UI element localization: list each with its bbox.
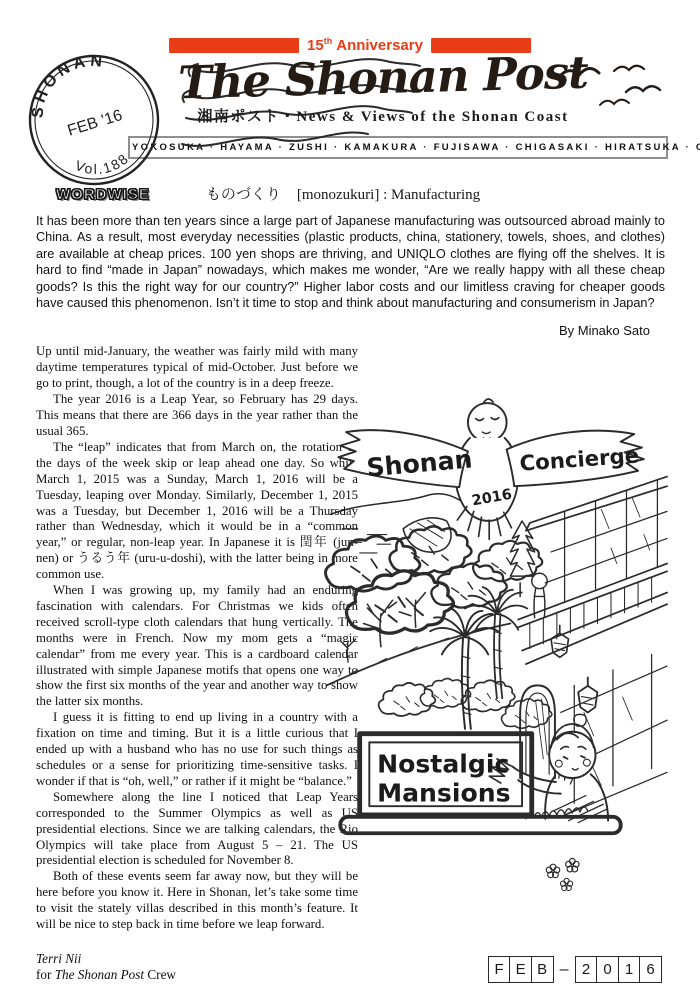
signoff-publication: The Shonan Post bbox=[55, 967, 144, 982]
title-block: The Shonan Post 湘南ポスト・News & Views of th… bbox=[178, 54, 588, 126]
anniversary-number: 15 bbox=[307, 37, 324, 54]
main-content: Up until mid-January, the weather was fa… bbox=[36, 344, 665, 994]
signoff-crew: for The Shonan Post Crew bbox=[36, 967, 358, 983]
anniversary-word: Anniversary bbox=[336, 37, 423, 54]
article-paragraph: Up until mid-January, the weather was fa… bbox=[36, 344, 358, 392]
svg-text:Vol.188: Vol.188 bbox=[69, 142, 134, 185]
anniversary-banner: 15thAnniversary bbox=[169, 36, 531, 54]
wordwise-label: WORDWISE bbox=[56, 186, 150, 203]
article-body: Up until mid-January, the weather was fa… bbox=[36, 344, 358, 982]
wordwise-definition: [monozukuri] : Manufacturing bbox=[297, 187, 480, 204]
article-paragraph: I guess it is fitting to end up living i… bbox=[36, 710, 358, 790]
stamp-dash: – bbox=[560, 961, 569, 979]
stamp-cell-month: E bbox=[509, 956, 532, 983]
postmark-date: FEB '16 bbox=[66, 107, 125, 140]
wordwise-japanese-term: ものづくり bbox=[206, 183, 281, 204]
postmark-city: SHONAN bbox=[16, 48, 120, 123]
stamp-cell-year: 6 bbox=[639, 956, 662, 983]
coast-landscape-sketch bbox=[326, 494, 552, 729]
signoff: Terri Nii for The Shonan Post Crew bbox=[36, 951, 358, 983]
seagulls-icon bbox=[554, 62, 674, 117]
newsletter-title: The Shonan Post bbox=[177, 49, 588, 107]
sign-line1: Nostalgic bbox=[377, 750, 509, 779]
postmark-volume: Vol.188 bbox=[69, 142, 134, 185]
banner-block-left bbox=[169, 38, 299, 53]
article-paragraph: The “leap” indicates that from March on,… bbox=[36, 440, 358, 583]
stamp-cell-year: 2 bbox=[575, 956, 598, 983]
anniversary-label: 15thAnniversary bbox=[307, 36, 423, 54]
signoff-suffix: Crew bbox=[144, 967, 176, 982]
article-paragraph: The year 2016 is a Leap Year, so Februar… bbox=[36, 392, 358, 440]
intro-paragraph: It has been more than ten years since a … bbox=[36, 213, 665, 311]
byline: By Minako Sato bbox=[0, 323, 650, 338]
flowers-icon bbox=[546, 859, 579, 891]
shonan-concierge-illustration: Shonan Concierge 2016 Nostalgic Mansions bbox=[321, 384, 669, 949]
article-paragraph: Both of these events seem far away now, … bbox=[36, 869, 358, 933]
masthead: 15thAnniversary SHONAN FEB '16 Vol.188 bbox=[0, 0, 700, 170]
stamp-cell-month: F bbox=[488, 956, 511, 983]
coverage-cities: YOKOSUKA · HAYAMA · ZUSHI · KAMAKURA · F… bbox=[128, 136, 668, 159]
article-paragraph: When I was growing up, my family had an … bbox=[36, 583, 358, 710]
stamp-cell-year: 1 bbox=[618, 956, 641, 983]
newsletter-page: 15thAnniversary SHONAN FEB '16 Vol.188 bbox=[0, 0, 700, 996]
signoff-prefix: for bbox=[36, 967, 55, 982]
signoff-author: Terri Nii bbox=[36, 951, 358, 967]
anniversary-ordinal: th bbox=[324, 36, 333, 46]
sign-line2: Mansions bbox=[377, 779, 511, 808]
article-paragraph: Somewhere along the line I noticed that … bbox=[36, 790, 358, 870]
stamp-cell-month: B bbox=[531, 956, 554, 983]
newsletter-subtitle: 湘南ポスト・News & Views of the Shonan Coast bbox=[178, 105, 588, 126]
date-stamp: F E B – 2 0 1 6 bbox=[488, 956, 662, 983]
svg-text:SHONAN: SHONAN bbox=[16, 48, 120, 123]
stamp-cell-year: 0 bbox=[596, 956, 619, 983]
wordwise-row: WORDWISE ものづくり [monozukuri] : Manufactur… bbox=[36, 183, 664, 204]
banner-block-right bbox=[431, 38, 531, 53]
